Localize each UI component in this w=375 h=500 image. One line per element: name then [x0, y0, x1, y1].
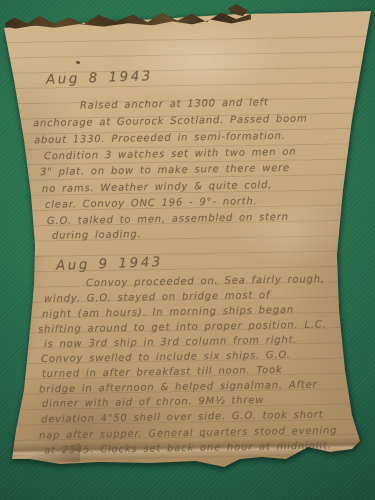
entry1-line-0: Raised anchor at 1300 and left — [80, 97, 269, 111]
entry2-line-6: turned in after breakfast till noon. Too… — [42, 365, 283, 380]
entry2-line-1: windy. G.O. stayed on bridge most of — [44, 290, 270, 305]
diary-page: Aug 8 1943 Raised anchor at 1300 and lef… — [0, 0, 375, 500]
entry2-line-4: is now 3rd ship in 3rd column from right… — [44, 335, 297, 350]
entry2-line-3: shifting around to get into proper posit… — [38, 319, 327, 335]
entry2-line-0: Convoy proceeded on. Sea fairly rough, — [86, 274, 325, 289]
entry1-line-4: 3" plat. on bow to make sure there were — [40, 163, 290, 178]
entry2-line-10: nap after supper. General quarters stood… — [39, 425, 338, 441]
photo-frame: Aug 8 1943 Raised anchor at 1300 and lef… — [0, 0, 375, 500]
entry1-line-1: anchorage at Gourock Scotland. Passed bo… — [33, 114, 308, 130]
entry2-line-11: at 2345. Clocks set back one hour at mid… — [44, 440, 332, 456]
entry1-line-6: clear. Convoy ONC 196 - 9°- north. — [45, 196, 258, 211]
entry1-line-2: about 1330. Proceeded in semi-formation. — [34, 131, 286, 146]
entry2-line-5: Convoy swelled to include six ships. G.O… — [41, 350, 291, 365]
entry1-line-3: Condition 3 watches set with two men on — [44, 147, 297, 162]
entry2-line-2: night (am hours). In morning ships began — [42, 305, 294, 320]
paper-shadow-wrap: Aug 8 1943 Raised anchor at 1300 and lef… — [0, 0, 375, 500]
entry1-date: Aug 8 1943 — [46, 68, 153, 88]
entry2-date: Aug 9 1943 — [56, 254, 163, 274]
entry1-line-5: no rams. Weather windy & quite cold, — [42, 180, 272, 195]
handwriting-layer: Aug 8 1943 Raised anchor at 1300 and lef… — [0, 0, 375, 500]
entry1-line-7: G.O. talked to men, assembled on stern — [47, 212, 289, 227]
entry2-line-8: dinner with aid of chron. 9M½ threw — [42, 395, 264, 410]
entry2-line-9: deviation 4"50 shell over side. G.O. too… — [41, 410, 324, 426]
entry1-line-8: during loading. — [52, 229, 142, 242]
entry2-line-7: bridge in afternoon & helped signalman. … — [39, 380, 318, 396]
